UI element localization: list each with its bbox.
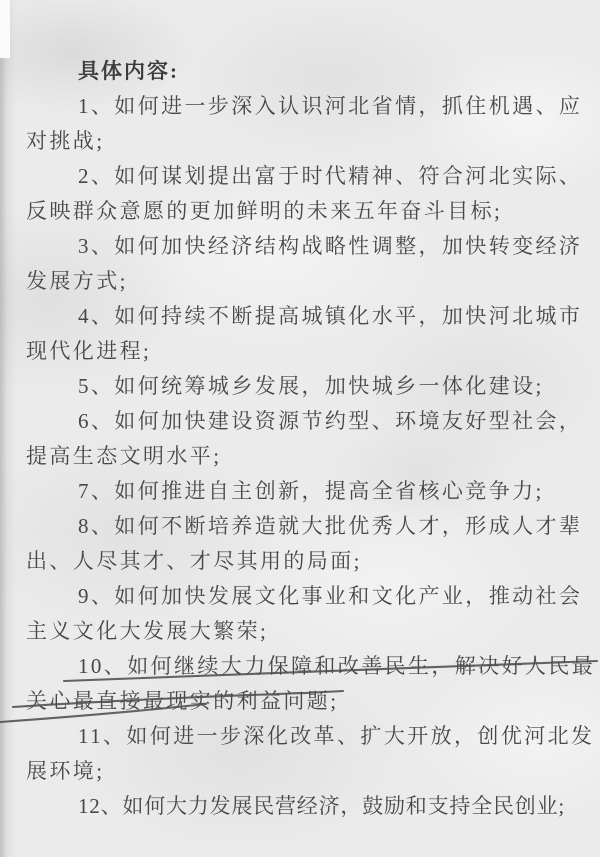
text-line: 6、如何加快建设资源节约型、环境友好型社会， — [26, 404, 582, 439]
scan-edge-highlight — [0, 0, 10, 58]
scanned-page: 具体内容: 1、如何进一步深入认识河北省情，抓住机遇、应 对挑战; 2、如何谋划… — [0, 0, 600, 857]
text-line: 出、人尽其才、才尽其用的局面; — [26, 544, 582, 579]
text-line: 11、如何进一步深化改革、扩大开放，创优河北发 — [26, 719, 582, 754]
document-body: 具体内容: 1、如何进一步深入认识河北省情，抓住机遇、应 对挑战; 2、如何谋划… — [26, 54, 582, 824]
text-line: 现代化进程; — [26, 334, 582, 369]
text-line: 9、如何加快发展文化事业和文化产业，推动社会 — [26, 579, 582, 614]
text-line: 8、如何不断培养造就大批优秀人才，形成人才辈 — [26, 509, 582, 544]
text-line: 展环境; — [26, 754, 582, 789]
text-line: 2、如何谋划提出富于时代精神、符合河北实际、 — [26, 159, 582, 194]
text-line: 对挑战; — [26, 124, 582, 159]
text-line: 12、如何大力发展民营经济，鼓励和支持全民创业; — [26, 789, 582, 824]
text-line: 3、如何加快经济结构战略性调整，加快转变经济 — [26, 229, 582, 264]
text-line: 4、如何持续不断提高城镇化水平，加快河北城市 — [26, 299, 582, 334]
struck-text-line: 10、如何继续大力保障和改善民生，解决好人民最 — [26, 649, 582, 684]
struck-text-line: 关心最直接最现实的利益问题; — [26, 684, 582, 719]
text-line: 提高生态文明水平; — [26, 439, 582, 474]
text-line: 5、如何统筹城乡发展，加快城乡一体化建设; — [26, 369, 582, 404]
text-line: 发展方式; — [26, 264, 582, 299]
text-line: 1、如何进一步深入认识河北省情，抓住机遇、应 — [26, 89, 582, 124]
text-line: 7、如何推进自主创新，提高全省核心竞争力; — [26, 474, 582, 509]
text-line: 反映群众意愿的更加鲜明的未来五年奋斗目标; — [26, 194, 582, 229]
section-heading: 具体内容: — [26, 54, 582, 89]
text-line: 主义文化大发展大繁荣; — [26, 614, 582, 649]
